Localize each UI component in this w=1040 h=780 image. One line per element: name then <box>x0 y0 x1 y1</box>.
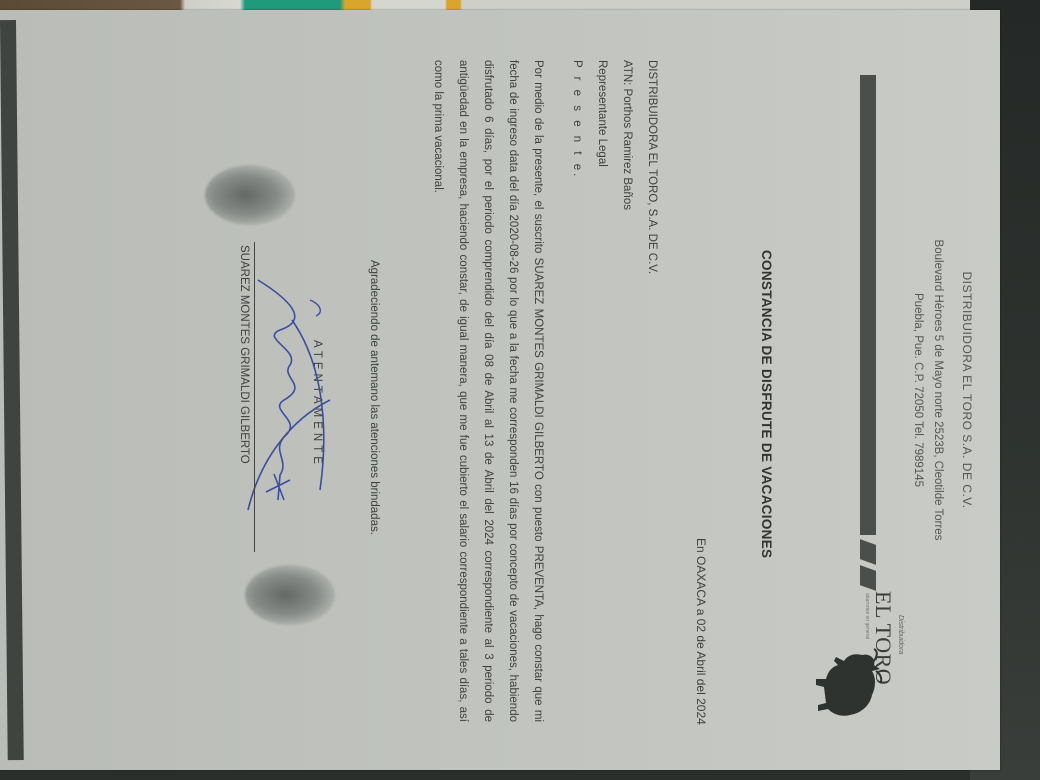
addressee-attention: ATN: Porthos Ramirez Baños <box>621 60 633 210</box>
bull-icon <box>814 647 884 725</box>
letterhead-company: DISTRIBUIDORA EL TORO S.A. DE C.V. <box>960 10 974 770</box>
letterhead-address-line2: Puebla, Pue. C.P. 72050 Tel. 7989145 <box>912 10 924 770</box>
signature-scribble <box>240 260 350 580</box>
document-title: CONSTANCIA DE DISFRUTE DE VACACIONES <box>759 250 774 558</box>
footer-bar <box>0 20 24 760</box>
addressee-presente: P r e s e n t e. <box>571 60 583 179</box>
header-bar <box>860 75 876 535</box>
fingerprint-left <box>205 165 295 225</box>
signature-line <box>254 242 255 552</box>
addressee-role: Representante Legal <box>596 60 608 167</box>
body-paragraph: Por medio de la presente, el suscrito SU… <box>425 60 550 722</box>
letterhead-address-line1: Boulevard Héroes 5 de Mayo norte 2523B, … <box>932 10 944 770</box>
logo-tagline: abarrotes en general <box>864 593 870 639</box>
logo-small-text: Distribuidora <box>897 615 904 654</box>
place-date: En OAXACA a 02 de Abril del 2024 <box>694 538 708 725</box>
addressee-company: DISTRIBUIDORA EL TORO, S.A. DE C.V. <box>646 60 658 274</box>
signer-name: SUAREZ MONTES GRIMALDI GILBERTO <box>238 245 250 464</box>
document-page: DISTRIBUIDORA EL TORO S.A. DE C.V. Boule… <box>0 10 1000 770</box>
company-logo: Distribuidora EL TORO abarrotes en gener… <box>814 585 904 725</box>
closing-line: Agradeciendo de antemano las atenciones … <box>368 260 380 535</box>
fingerprint-right <box>245 565 335 625</box>
header-bar-dash <box>860 539 876 565</box>
